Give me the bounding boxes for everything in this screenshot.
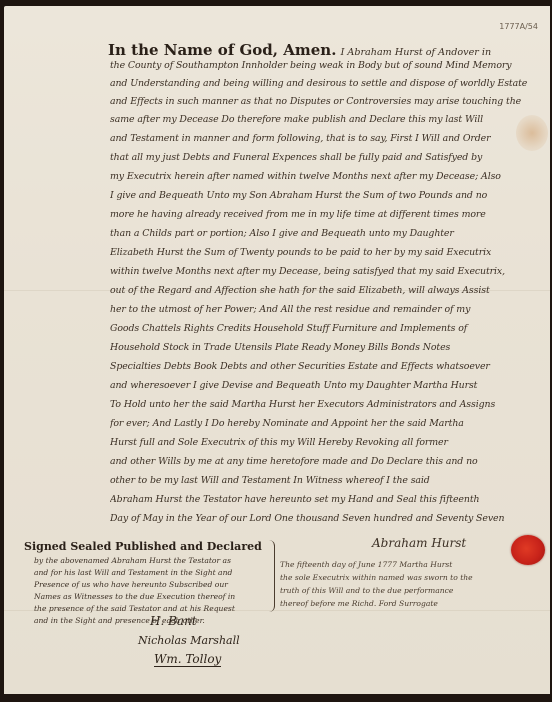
body-line: out of the Regard and Affection she hath… [110,285,542,296]
invocation-title: In the Name of God, Amen. [108,41,336,59]
body-line: To Hold unto her the said Martha Hurst h… [110,399,542,410]
witness-signature: Nicholas Marshall [138,634,240,647]
body-line: I give and Bequeath Unto my Son Abraham … [110,190,542,201]
attestation-line: the presence of the said Testator and at… [34,604,270,613]
body-line: more he having already received from me … [110,209,542,220]
probate-line: the sole Executrix within named was swor… [280,573,510,582]
body-line: Elizabeth Hurst the Sum of Twenty pounds… [110,247,542,258]
probate-line: truth of this Will and to the due perfor… [280,586,510,595]
testator-signature: Abraham Hurst [372,536,466,550]
body-line: and Testament in manner and form followi… [110,133,542,144]
body-line: and wheresoever I give Devise and Bequea… [110,380,542,391]
opening-text: I Abraham Hurst of Andover in [341,47,492,58]
probate-line: The fifteenth day of June 1777 Martha Hu… [280,560,510,569]
body-line: that all my just Debts and Funeral Expen… [110,152,542,163]
body-line: Abraham Hurst the Testator have hereunto… [110,494,542,505]
attestation-line: by the abovenamed Abraham Hurst the Test… [34,556,270,565]
body-line: other to be my last Will and Testament I… [110,475,542,486]
witness-signature: H. Bant [150,614,197,628]
reference-number: 1777A/54 [499,22,538,31]
wax-seal-icon [511,535,545,565]
body-line: the County of Southampton Innholder bein… [110,60,542,71]
witness-signature: Wm. Tolloy [154,652,221,667]
body-line: Household Stock in Trade Utensils Plate … [110,342,542,353]
body-line: Day of May in the Year of our Lord One t… [110,513,542,524]
bracket-mark [268,540,275,612]
body-line: Goods Chattels Rights Credits Household … [110,323,542,334]
body-line: my Executrix herein after named within t… [110,171,542,182]
body-line: her to the utmost of her Power; And All … [110,304,542,315]
will-heading: In the Name of God, Amen. I Abraham Hurs… [108,41,491,59]
attestation-line: Names as Witnesses to the due Execution … [34,592,270,601]
body-line: within twelve Months next after my Decea… [110,266,542,277]
body-line: same after my Decease Do therefore make … [110,114,542,125]
probate-line: thereof before me Richd. Ford Surrogate [280,599,510,608]
body-line: for ever; And Lastly I Do hereby Nominat… [110,418,542,429]
body-line: and other Wills by me at any time hereto… [110,456,542,467]
body-line: than a Childs part or portion; Also I gi… [110,228,542,239]
attestation-line: and for his last Will and Testament in t… [34,568,270,577]
body-line: Hurst full and Sole Executrix of this my… [110,437,542,448]
attestation-line: Presence of us who have hereunto Subscri… [34,580,270,589]
body-line: Specialties Debts Book Debts and other S… [110,361,542,372]
attestation-heading: Signed Sealed Published and Declared [24,540,262,553]
body-line: and Effects in such manner as that no Di… [110,96,542,107]
body-line: and Understanding and being willing and … [110,78,542,89]
